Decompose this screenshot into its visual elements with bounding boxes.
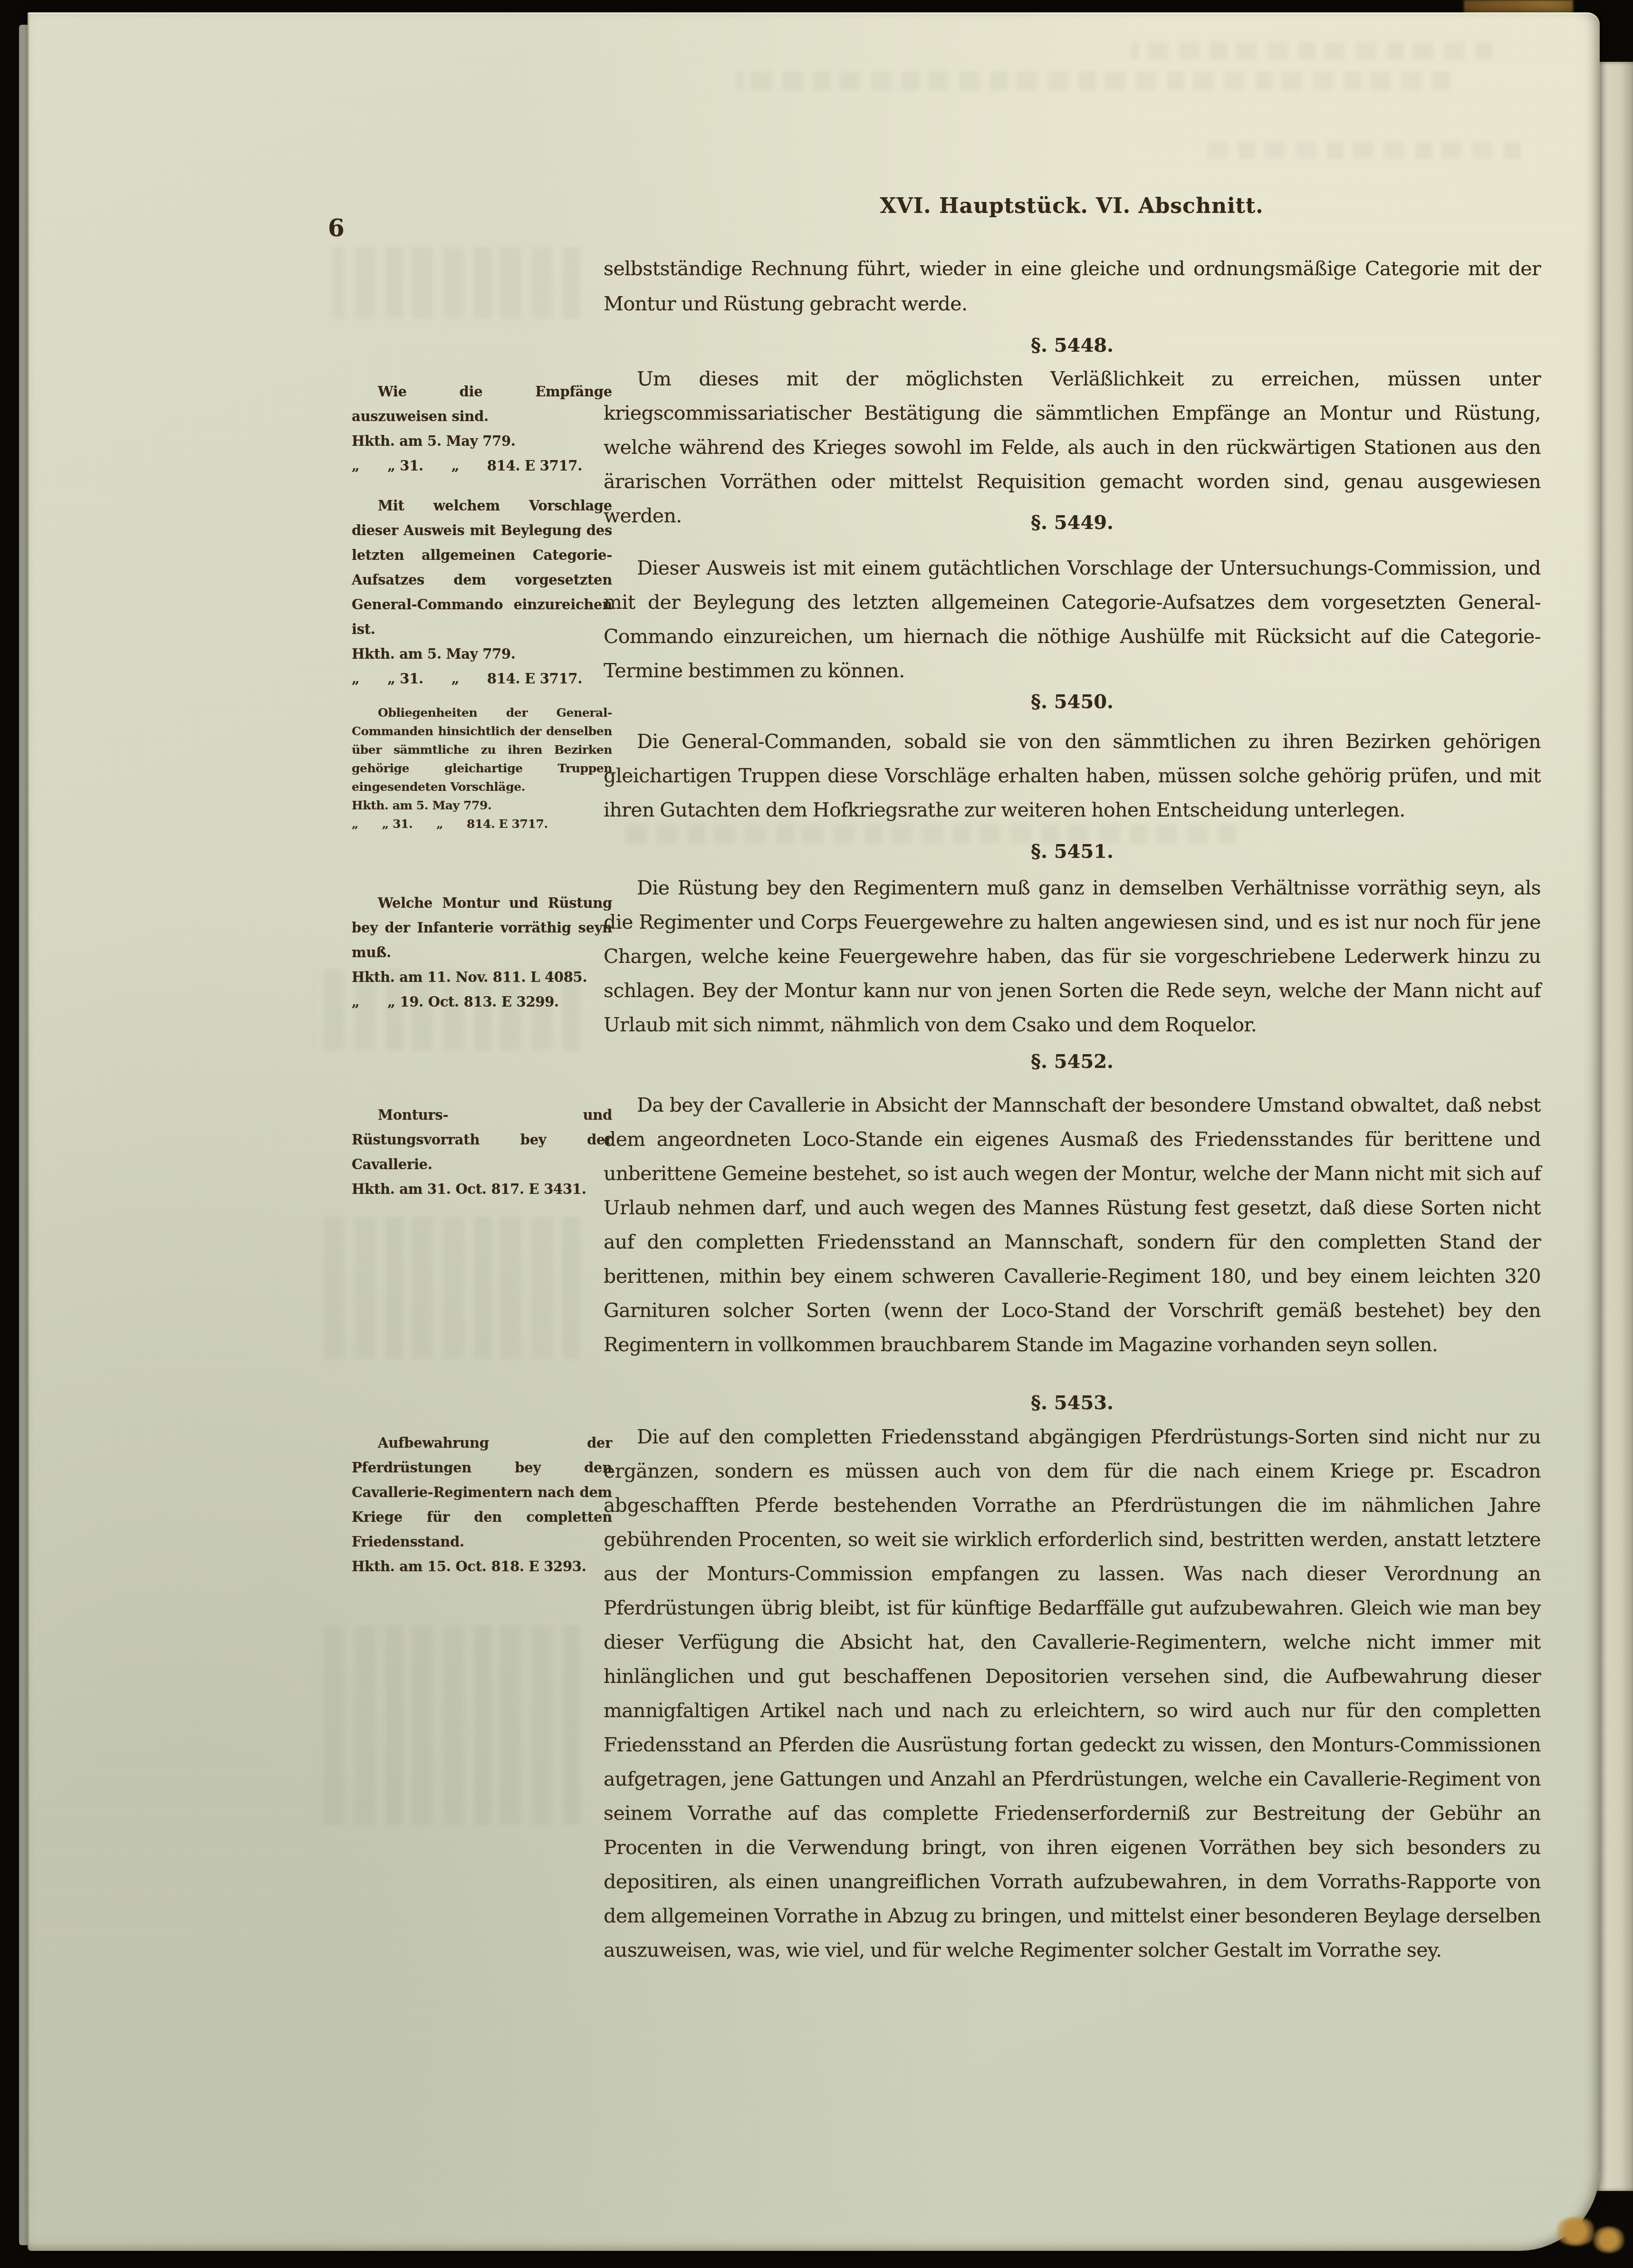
margin-note-citation: Hkth. am 5. May 779. [352, 796, 612, 815]
section-heading-5450: §. 5450. [604, 685, 1541, 719]
running-header: XVI. Hauptstück. VI. Abschnitt. [604, 194, 1540, 218]
margin-note-text: Mit welchem Vorschlage dieser Ausweis mi… [352, 493, 612, 642]
section-paragraph-5452: Da bey der Cavallerie in Absicht der Man… [604, 1088, 1541, 1362]
margin-note-citation: Hkth. am 31. Oct. 817. E 3431. [352, 1177, 612, 1201]
section-heading-5453: §. 5453. [604, 1386, 1541, 1420]
margin-note-citation: „ „ 19. Oct. 813. E 3299. [352, 990, 612, 1014]
margin-note-2: Mit welchem Vorschlage dieser Ausweis mi… [352, 493, 612, 691]
section-paragraph-5450: Die General-Commanden, sobald sie von de… [604, 724, 1541, 827]
margin-note-text: Aufbewahrung der Pferdrüstungen bey den … [352, 1431, 612, 1554]
damage-spot [1554, 2217, 1597, 2246]
section-paragraph-5453: Die auf den completten Friedensstand abg… [604, 1420, 1541, 1967]
margin-note-3: Obliegenheiten der General-Commanden hin… [352, 703, 612, 833]
margin-note-citation: „ „ 31. „ 814. E 3717. [352, 666, 612, 691]
section-heading-5452: §. 5452. [604, 1045, 1541, 1079]
section-paragraph-5451: Die Rüstung bey den Regimentern muß ganz… [604, 871, 1541, 1042]
book-scan: 6 XVI. Hauptstück. VI. Abschnitt. selbst… [0, 0, 1633, 2268]
intro-paragraph: selbstständige Rechnung führt, wieder in… [604, 251, 1541, 321]
margin-note-citation: Hkth. am 5. May 779. [352, 429, 612, 453]
margin-note-citation: „ „ 31. „ 814. E 3717. [352, 453, 612, 478]
margin-note-4: Welche Montur und Rüstung bey der Infant… [352, 891, 612, 1014]
section-paragraph-5449: Dieser Ausweis ist mit einem gutächtlich… [604, 551, 1541, 688]
section-heading-5451: §. 5451. [604, 835, 1541, 869]
page-number: 6 [328, 214, 345, 242]
margin-note-citation: Hkth. am 11. Nov. 811. L 4085. [352, 965, 612, 990]
margin-note-1: Wie die Empfänge auszuweisen sind. Hkth.… [352, 379, 612, 478]
margin-note-citation: Hkth. am 15. Oct. 818. E 3293. [352, 1554, 612, 1579]
margin-note-text: Monturs- und Rüstungsvorrath bey der Cav… [352, 1103, 612, 1177]
margin-note-text: Wie die Empfänge auszuweisen sind. [352, 379, 612, 429]
margin-note-5: Monturs- und Rüstungsvorrath bey der Cav… [352, 1103, 612, 1201]
margin-note-citation: Hkth. am 5. May 779. [352, 642, 612, 666]
margin-note-text: Welche Montur und Rüstung bey der Infant… [352, 891, 612, 965]
damage-spot [1592, 2227, 1625, 2253]
section-heading-5449: §. 5449. [604, 506, 1541, 540]
margin-note-6: Aufbewahrung der Pferdrüstungen bey den … [352, 1431, 612, 1579]
margin-note-text: Obliegenheiten der General-Commanden hin… [352, 703, 612, 796]
margin-note-citation: „ „ 31. „ 814. E 3717. [352, 815, 612, 833]
section-heading-5448: §. 5448. [604, 328, 1541, 363]
